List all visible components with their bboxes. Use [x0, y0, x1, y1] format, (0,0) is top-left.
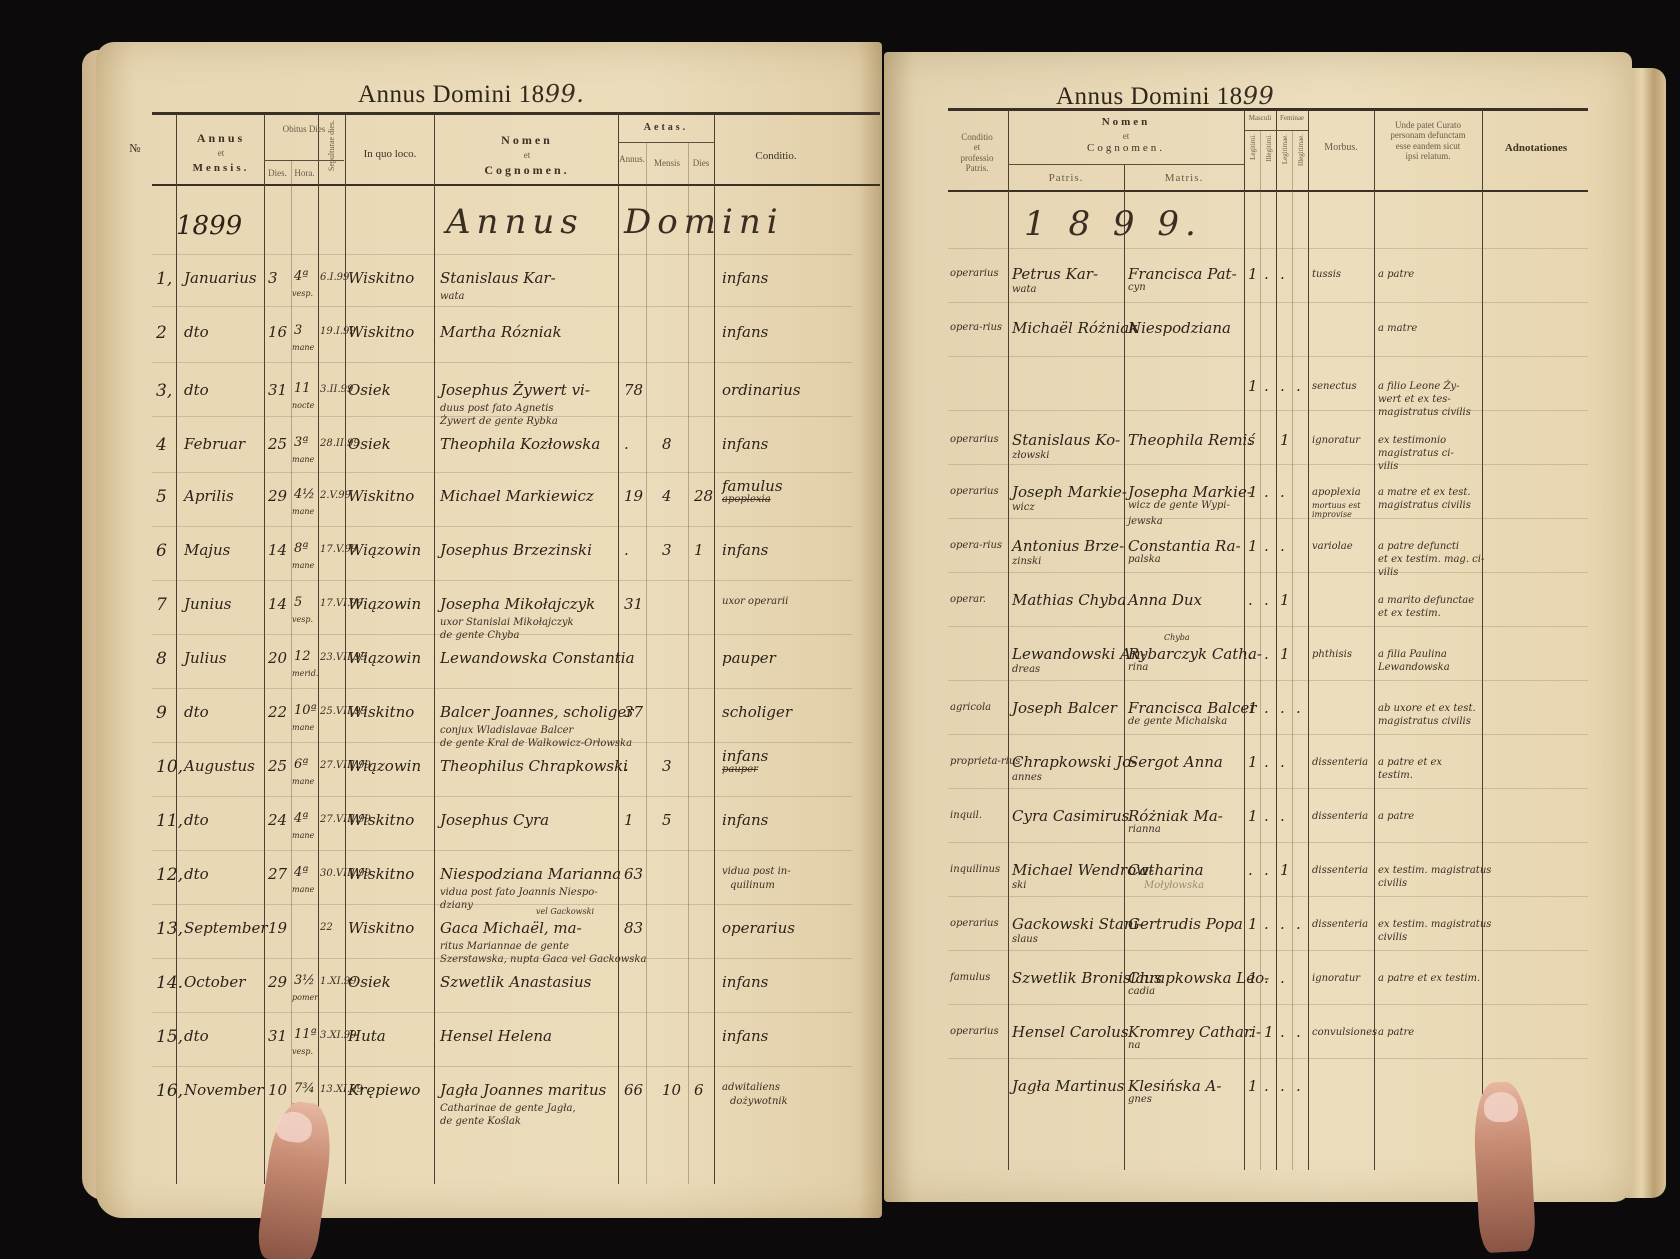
entry-masc-illegit: . [1264, 862, 1269, 879]
entry-father-profession: famulus [950, 972, 990, 983]
entry-mother-name-line: de gente Michalska [1128, 716, 1227, 727]
entry-mother-name-line: Anna Dux [1128, 592, 1202, 609]
header-conditio-patris: Conditio et professio Patris. [946, 132, 1008, 173]
header-illegitimi: Illegitimi. [1262, 134, 1276, 188]
entry-hour-note: merid. [292, 670, 318, 679]
entry-death-day: 20 [268, 650, 287, 667]
entry-masc-legit: 1 [1248, 484, 1258, 501]
entry-mother-name-line: wicz de gente Wypi- [1128, 500, 1230, 511]
entry-conditio: infans [722, 542, 768, 559]
entry-source-line: a patre [1378, 1027, 1414, 1038]
entry-death-hour: 4ª [294, 866, 308, 880]
entry-name-line: Josephus Cyra [440, 812, 549, 829]
entry-hour-note: pomer. [292, 994, 320, 1003]
entry-source-line: ex testim. magistratus [1378, 865, 1491, 876]
entry-masc-illegit: . [1264, 266, 1269, 283]
entry-age-months: 3 [662, 758, 672, 775]
entry-hour-note: mane [292, 832, 314, 841]
entry-number: 5 [156, 488, 167, 507]
col-divider [434, 114, 435, 1184]
entry-hour-note: mane [292, 344, 314, 353]
entry-age-months: 4 [662, 488, 672, 505]
col-divider [318, 114, 319, 1184]
header-annus: Annus [178, 132, 264, 146]
entry-hour-note: mane [292, 886, 314, 895]
banner-domini: Domini [624, 204, 784, 241]
entry-fem-legit: 1 [1280, 646, 1290, 663]
entry-mother-note: Chyba [1164, 634, 1190, 643]
entry-source-line: a patre [1378, 811, 1414, 822]
entry-fem-legit: 1 [1280, 432, 1290, 449]
entry-father-name-line: Michaël Różniak [1012, 320, 1138, 337]
col-divider [1482, 110, 1483, 1170]
entry-month: dto [184, 812, 209, 829]
entry-conditio-struck: pauper [722, 764, 758, 775]
entry-masc-legit: 1 [1248, 916, 1258, 933]
entry-fem-legit: . [1280, 1024, 1285, 1041]
entry-place: Wiskitno [348, 866, 414, 883]
entry-mother-name-line: rianna [1128, 824, 1161, 835]
entry-name-line: Michael Markiewicz [440, 488, 594, 505]
entry-age-days: 6 [694, 1082, 704, 1099]
banner-year-right: 1 8 9 9. [1024, 206, 1202, 243]
entry-conditio: ordinarius [722, 382, 801, 399]
entry-source-line: a marito defunctae [1378, 595, 1474, 606]
entry-conditio: adwitaliens [722, 1082, 780, 1093]
header-aetas-annus: Annus. [618, 154, 646, 164]
header-line: Unde patet Curato [1374, 120, 1482, 130]
entry-conditio-line2: quilinum [730, 880, 775, 891]
entry-fem-illegit: . [1296, 916, 1301, 933]
header-unde-patet: Unde patet Curato personam defunctam ess… [1374, 120, 1482, 161]
header-feminae: Feminae [1276, 114, 1308, 122]
ruled-line [948, 572, 1588, 573]
entry-age-years: 63 [624, 866, 643, 883]
entry-name-line: Żywert de gente Rybka [440, 416, 558, 427]
entry-source-line: a patre [1378, 269, 1414, 280]
entry-month: dto [184, 324, 209, 341]
entry-burial-date: 2.V.99 [320, 490, 351, 501]
entry-name-line: Theophila Kozłowska [440, 436, 600, 453]
entry-name-line: duus post fato Agnetis [440, 403, 554, 414]
entry-place: Huta [348, 1028, 386, 1045]
entry-death-hour: 3ª [294, 436, 308, 450]
entry-name-line: Theophilus Chrapkowski [440, 758, 628, 775]
entry-age-years: 37 [624, 704, 643, 721]
entry-place: Wiskitno [348, 488, 414, 505]
entry-father-profession: agricola [950, 702, 991, 713]
entry-name-line: Martha Rózniak [440, 324, 562, 341]
entry-month: Aprilis [184, 488, 234, 505]
entry-father-profession: operarius [950, 1026, 999, 1037]
ruled-line [948, 302, 1588, 303]
entry-number: 11, [156, 812, 183, 831]
entry-name-line: Jagła Joannes maritus [440, 1082, 606, 1099]
entry-fem-legit: . [1280, 538, 1285, 555]
entry-mother-name-line: Rybarczyk Catha- [1128, 646, 1262, 663]
entry-number: 3, [156, 382, 172, 401]
entry-hour-note: mane [292, 456, 314, 465]
entry-fem-legit: . [1280, 970, 1285, 987]
entry-age-months: 5 [662, 812, 672, 829]
ruled-line [152, 472, 852, 473]
entry-father-profession: inquil. [950, 810, 982, 821]
entry-month: Januarius [184, 270, 257, 287]
header-legitimi: Legitimi. [1246, 134, 1260, 188]
entry-name-line: Szerstawska, nupta Gaca vel Gackowska [440, 954, 646, 965]
entry-number: 2 [156, 324, 167, 343]
entry-morbus: phthisis [1312, 649, 1352, 660]
ruled-line [948, 788, 1588, 789]
entry-masc-legit: . [1248, 432, 1253, 449]
ruled-line [152, 904, 852, 905]
entry-place: Wiązowin [348, 596, 421, 613]
entry-age-years: 78 [624, 382, 643, 399]
entry-name-line: ritus Mariannae de gente [440, 941, 569, 952]
entry-father-name-line: ski [1012, 880, 1026, 891]
entry-mother-name-line: Kromrey Cathari- [1128, 1024, 1261, 1041]
entry-conditio: uxor operarii [722, 596, 788, 607]
entry-mother-name-line: Różniak Ma- [1128, 808, 1223, 825]
entry-age-years: 31 [624, 596, 643, 613]
entry-death-day: 25 [268, 436, 287, 453]
entry-source-line: Lewandowska [1378, 662, 1450, 673]
entry-death-hour: 8ª [294, 542, 308, 556]
entry-source-line: a matre et ex test. [1378, 487, 1471, 498]
entry-source-line: testim. [1378, 770, 1413, 781]
entry-death-day: 29 [268, 974, 287, 991]
entry-mother-name-line: jewska [1128, 516, 1163, 527]
entry-mother-name-line: rina [1128, 662, 1148, 673]
entry-death-hour: 11ª [294, 1028, 317, 1042]
title-handwritten-year: 99 [1243, 82, 1275, 110]
col-divider [1374, 110, 1375, 1170]
entry-name-line: Balcer Joannes, scholiger [440, 704, 633, 721]
entry-number: 13, [156, 920, 183, 939]
header-nomen: Nomen [1008, 116, 1244, 129]
entry-month: Junius [184, 596, 232, 613]
entry-month: Majus [184, 542, 230, 559]
header-obitus-hora: Hora. [291, 168, 318, 178]
entry-masc-legit: 1 [1248, 808, 1258, 825]
ruled-line [152, 850, 852, 851]
header-morbus: Morbus. [1308, 142, 1374, 154]
entry-father-name-line: Jagła Martinus [1012, 1078, 1124, 1095]
entry-source-line: ab uxore et ex test. [1378, 703, 1476, 714]
header-nomen-et: et [1008, 131, 1244, 141]
header-adnotationes: Adnotationes [1484, 142, 1588, 155]
entry-masc-illegit: . [1264, 808, 1269, 825]
entry-father-name-line: Gackowski Stani- [1012, 916, 1143, 933]
header-cognomen: Cognomen. [436, 164, 618, 178]
entry-father-profession: operarius [950, 434, 999, 445]
entry-death-day: 16 [268, 324, 287, 341]
title-handwritten-year: 99. [545, 80, 585, 108]
entry-mother-faded-note: Mołyłowska [1144, 880, 1204, 891]
ruled-line [948, 518, 1588, 519]
entry-source-line: a matre [1378, 323, 1417, 334]
entry-father-name-line: Chrapkowski Jo- [1012, 754, 1136, 771]
entry-burial-date: 22 [320, 922, 333, 933]
entry-death-hour: 4ª [294, 270, 308, 284]
entry-conditio: vidua post in- [722, 866, 791, 877]
entry-name-line: Stanislaus Kar- [440, 270, 556, 287]
entry-source-line: a filia Paulina [1378, 649, 1447, 660]
entry-conditio-line2: dożywotnik [730, 1096, 788, 1107]
right-thumbnail [1484, 1092, 1518, 1122]
entry-source-line: ex testimonio [1378, 435, 1446, 446]
entry-death-day: 22 [268, 704, 287, 721]
header-line: Patris. [946, 163, 1008, 173]
entry-fem-legit: 1 [1280, 592, 1290, 609]
entry-masc-illegit: . [1264, 378, 1269, 395]
ruled-line [152, 688, 852, 689]
col-divider [264, 114, 265, 1184]
entry-age-months: 10 [662, 1082, 681, 1099]
entry-masc-legit: . [1248, 646, 1253, 663]
entry-place: Wiskitno [348, 270, 414, 287]
header-loco: In quo loco. [346, 148, 434, 161]
entry-hour-note: vesp. [292, 1048, 313, 1057]
entry-name-line: de gente Kral de Walkowicz-Orłowska [440, 738, 632, 749]
entry-morbus: apoplexia [1312, 487, 1361, 498]
entry-number: 10, [156, 758, 183, 777]
header-matris: Matris. [1124, 172, 1244, 185]
header-nomen: Nomen [436, 134, 618, 148]
ruled-line [152, 254, 852, 255]
entry-burial-date: 6.I.99 [320, 272, 349, 283]
entry-number: 8 [156, 650, 167, 669]
entry-morbus-note: mortuus est improvise [1312, 502, 1374, 520]
entry-number: 7 [156, 596, 167, 615]
col-divider [1008, 110, 1009, 1170]
entry-masc-illegit: . [1264, 538, 1269, 555]
entry-morbus: ignoratur [1312, 435, 1360, 446]
entry-conditio: operarius [722, 920, 795, 937]
entry-masc-illegit: . [1264, 1078, 1269, 1095]
ruled-line [948, 248, 1588, 249]
header-aetas: Aetas. [618, 122, 714, 134]
entry-father-profession: opera-rius [950, 540, 1002, 551]
entry-mother-name-line: Francisca Balcer [1128, 700, 1256, 717]
title-printed: Annus Domini 18 [358, 81, 545, 108]
open-register-book: Annus Domini 1899. № Annus et Mensis. Ob… [96, 32, 1666, 1222]
entry-death-day: 14 [268, 542, 287, 559]
header-line: et [946, 142, 1008, 152]
ruled-line [948, 356, 1588, 357]
entry-mother-name-line: Niespodziana [1128, 320, 1231, 337]
header-top-rule [152, 112, 880, 115]
col-divider [714, 114, 715, 1184]
header-mensis: Mensis. [178, 162, 264, 175]
entry-fem-legit: . [1280, 916, 1285, 933]
entry-masc-illegit: . [1264, 754, 1269, 771]
header-et: et [178, 148, 264, 158]
entry-name-line: dziany [440, 900, 473, 911]
title-printed: Annus Domini 18 [1056, 83, 1243, 110]
entry-month: October [184, 974, 245, 991]
entry-age-years: 19 [624, 488, 643, 505]
entry-masc-illegit: . [1264, 970, 1269, 987]
entry-conditio: infans [722, 1028, 768, 1045]
ruled-line [152, 306, 852, 307]
ruled-line [152, 1012, 852, 1013]
entry-father-profession: operarius [950, 486, 999, 497]
entry-source-line: a filio Leone Ży- [1378, 381, 1460, 392]
entry-place: Wiązowin [348, 650, 421, 667]
entry-mother-name-line: palska [1128, 554, 1161, 565]
col-divider [646, 142, 647, 1184]
entry-fem-legit: . [1280, 808, 1285, 825]
entry-hour-note: mane [292, 724, 314, 733]
entry-age-years: . [624, 436, 629, 453]
col-divider [1244, 110, 1245, 1170]
entry-father-name-line: slaus [1012, 934, 1038, 945]
entry-morbus: dissenteria [1312, 865, 1368, 876]
entry-fem-illegit: . [1296, 1078, 1301, 1095]
entry-name-line: Josepha Mikołajczyk [440, 596, 595, 613]
entry-source-line: wert et ex tes- [1378, 394, 1451, 405]
entry-source-line: a patre et ex [1378, 757, 1442, 768]
entry-age-years: . [624, 758, 629, 775]
sex-subrule [1244, 130, 1308, 131]
entry-father-name-line: Mathias Chyba [1012, 592, 1126, 609]
entry-masc-legit: 1 [1248, 266, 1258, 283]
ruled-line [152, 526, 852, 527]
entry-source-line: vilis [1378, 461, 1398, 472]
entry-father-name-line: Antonius Brze- [1012, 538, 1124, 555]
entry-father-name-line: Hensel Carolus [1012, 1024, 1129, 1041]
ruled-line [948, 464, 1588, 465]
entry-source-line: ex testim. magistratus [1378, 919, 1491, 930]
ruled-line [948, 680, 1588, 681]
right-page: Annus Domini 1899 Conditio et professio … [884, 52, 1632, 1202]
entry-father-name-line: annes [1012, 772, 1042, 783]
header-bottom-rule [948, 190, 1588, 192]
entry-father-name-line: Cyra Casimirus [1012, 808, 1129, 825]
entry-name-line: de gente Koślak [440, 1116, 521, 1127]
header-top-rule [948, 108, 1588, 111]
entry-masc-illegit: . [1264, 592, 1269, 609]
entry-month: dto [184, 704, 209, 721]
entry-place: Wiązowin [348, 758, 421, 775]
entry-month: September [184, 920, 268, 937]
entry-name-line: Josephus Żywert vi- [440, 382, 590, 399]
entry-name-line: Catharinae de gente Jagła, [440, 1103, 576, 1114]
entry-number: 6 [156, 542, 167, 561]
entry-mother-name-line: Constantia Ra- [1128, 538, 1241, 555]
entry-source-line: et ex testim. mag. ci- [1378, 554, 1484, 565]
entry-masc-illegit: 1 [1264, 1024, 1274, 1041]
left-page: Annus Domini 1899. № Annus et Mensis. Ob… [96, 42, 882, 1218]
header-legitimae: Legitimae. [1278, 134, 1292, 188]
header-obitus-dies: Dies. [264, 168, 291, 178]
entry-masc-illegit: . [1264, 916, 1269, 933]
entry-mother-name-line: Francisca Pat- [1128, 266, 1237, 283]
header-patris: Patris. [1008, 172, 1124, 185]
entry-source-line: magistratus civilis [1378, 500, 1471, 511]
entry-conditio: infans [722, 748, 768, 765]
entry-place: Wiązowin [348, 542, 421, 559]
col-divider [1124, 164, 1125, 1170]
header-conditio: Conditio. [716, 150, 836, 163]
header-masculi: Masculi [1244, 114, 1276, 122]
entry-month: Julius [184, 650, 227, 667]
entry-hour-note: nocte [292, 402, 314, 411]
entry-place: Wiskitno [348, 324, 414, 341]
entry-place: Wiskitno [348, 812, 414, 829]
entry-conditio: famulus [722, 478, 783, 495]
entry-hour-note: mane [292, 562, 314, 571]
entry-month: November [184, 1082, 263, 1099]
entry-morbus: variolae [1312, 541, 1353, 552]
ruled-line [948, 842, 1588, 843]
entry-mother-name-line: Klesińska A- [1128, 1078, 1221, 1095]
entry-hour-note: vesp. [292, 290, 313, 299]
entry-fem-illegit: . [1296, 700, 1301, 717]
entry-month: dto [184, 382, 209, 399]
entry-father-profession: proprieta-rius [950, 756, 1020, 767]
entry-death-hour: 12 [294, 650, 311, 664]
entry-number: 15, [156, 1028, 183, 1047]
entry-death-day: 29 [268, 488, 287, 505]
ruled-line [152, 580, 852, 581]
entry-name-line: Niespodziana Marianna [440, 866, 621, 883]
entry-name-line: conjux Wladislavae Balcer [440, 725, 573, 736]
entry-death-hour: 4½ [294, 488, 315, 502]
col-divider [1292, 130, 1293, 1170]
entry-age-years: 66 [624, 1082, 643, 1099]
entry-father-name-line: wata [1012, 284, 1037, 295]
entry-age-years: . [624, 542, 629, 559]
entry-name-note: vel Gackowski [536, 908, 594, 917]
entry-fem-legit: . [1280, 700, 1285, 717]
entry-name-line: Hensel Helena [440, 1028, 552, 1045]
entry-age-months: 8 [662, 436, 672, 453]
entry-age-days: 28 [694, 488, 713, 505]
entry-age-years: 83 [624, 920, 643, 937]
ruled-line [948, 410, 1588, 411]
entry-source-line: et ex testim. [1378, 608, 1441, 619]
ruled-line [948, 896, 1588, 897]
entry-name-line: Josephus Brzezinski [440, 542, 592, 559]
entry-name-line: vidua post fato Joannis Niespo- [440, 887, 598, 898]
entry-conditio: infans [722, 270, 768, 287]
entry-fem-illegit: . [1296, 1024, 1301, 1041]
banner-year-left: 1899 [176, 212, 242, 241]
ruled-line [948, 1058, 1588, 1059]
entry-father-name-line: złowski [1012, 450, 1049, 461]
entry-father-name-line: dreas [1012, 664, 1040, 675]
entry-death-hour: 6ª [294, 758, 308, 772]
entry-hour-note: mane [292, 508, 314, 517]
entry-father-profession: opera-rius [950, 322, 1002, 333]
entry-masc-legit: 1 [1248, 1078, 1258, 1095]
entry-source-line: magistratus civilis [1378, 407, 1471, 418]
entry-place: Osiek [348, 436, 391, 453]
entry-name-line: uxor Stanislai Mikołajczyk [440, 617, 574, 628]
header-nomen-et: et [436, 150, 618, 160]
entry-masc-legit: 1 [1248, 700, 1258, 717]
entry-fem-legit: . [1280, 754, 1285, 771]
entry-conditio: infans [722, 324, 768, 341]
entry-place: Wiskitno [348, 920, 414, 937]
entry-age-days: 1 [694, 542, 704, 559]
entry-death-day: 24 [268, 812, 287, 829]
entry-place: Wiskitno [348, 704, 414, 721]
entry-morbus: senectus [1312, 381, 1357, 392]
entry-mother-name-line: cadia [1128, 986, 1155, 997]
